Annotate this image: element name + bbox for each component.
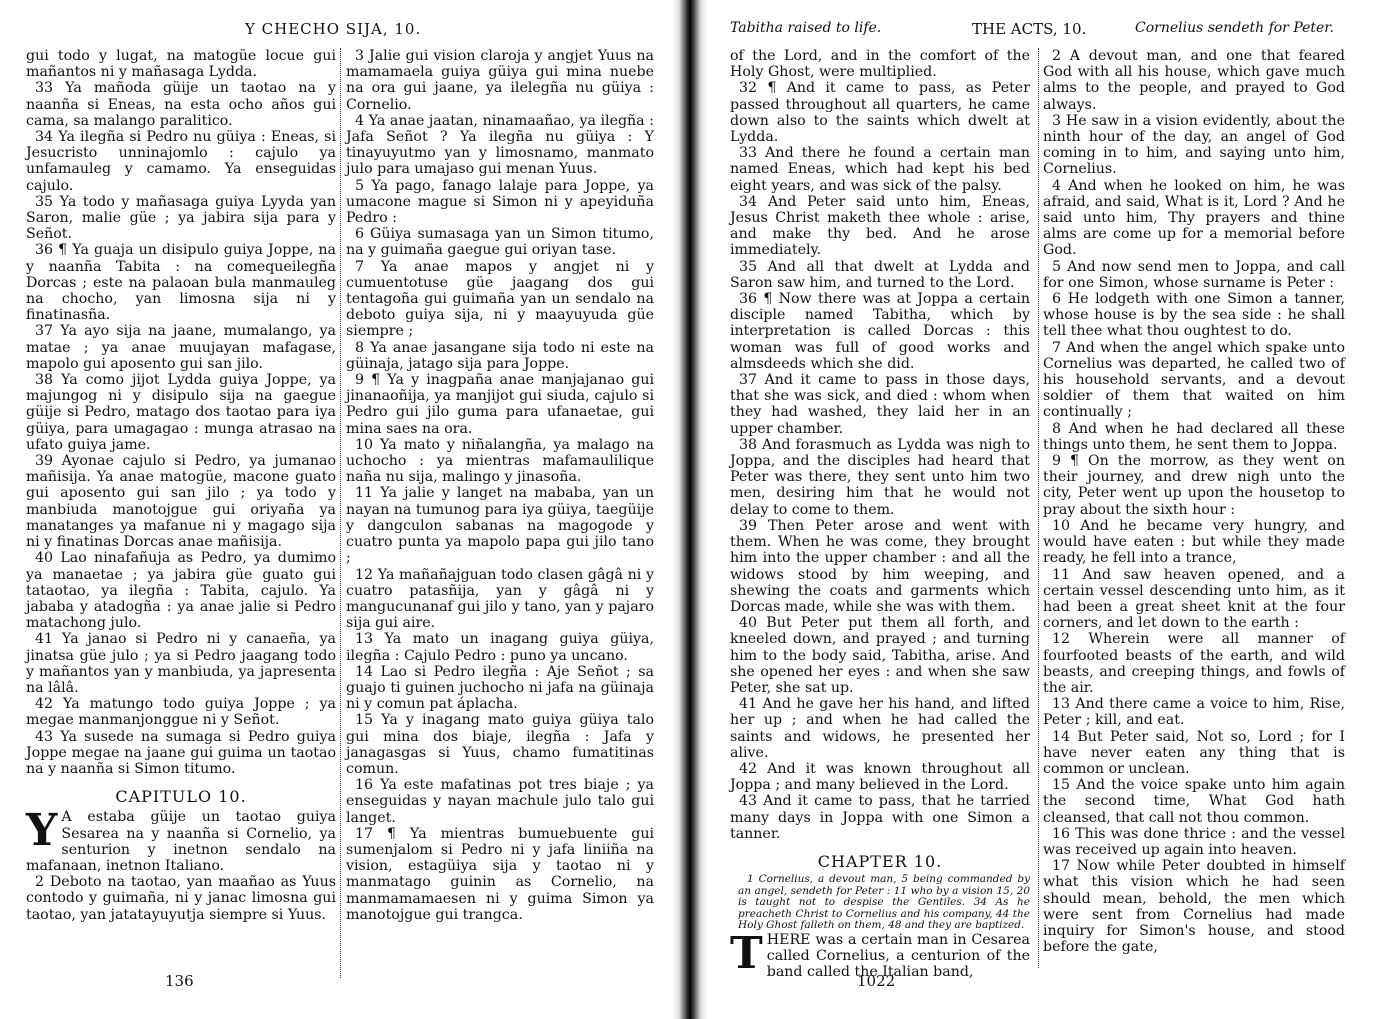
right-column-1: of the Lord, and in the comfort of the H… xyxy=(730,48,1030,980)
verse: 41 And he gave her his hand, and lifted … xyxy=(730,696,1030,761)
verse: 6 Güiya sumasaga yan un Simon titumo, na… xyxy=(346,226,654,258)
chapter-heading: CHAPTER 10. xyxy=(730,854,1030,870)
verse: 3 He saw in a vision evidently, about th… xyxy=(1043,113,1345,178)
verse: 14 Lao si Pedro ilegña : Aje Señot ; sa … xyxy=(346,664,654,713)
verse: 14 But Peter said, Not so, Lord ; for I … xyxy=(1043,729,1345,778)
page-number: 136 xyxy=(165,972,194,990)
verse: 34 Ya ilegña si Pedro nu güiya : Eneas, … xyxy=(26,129,336,194)
verse: 33 Ya mañoda güije un taotao na y naanña… xyxy=(26,80,336,129)
verse: 11 And saw heaven opened, and a certain … xyxy=(1043,567,1345,632)
verse: 10 And he became very hungry, and would … xyxy=(1043,518,1345,567)
verse: 42 Ya matungo todo guiya Joppe ; ya mega… xyxy=(26,696,336,728)
running-head: Y CHECHO SIJA, 10. xyxy=(245,20,421,38)
verse: 35 Ya todo y mañasaga guiya Lyyda yan Sa… xyxy=(26,194,336,243)
verse: 7 Ya anae mapos y angjet ni y cumuentotu… xyxy=(346,259,654,340)
drop-cap: T xyxy=(730,936,763,972)
verse: 16 This was done thrice : and the vessel… xyxy=(1043,826,1345,858)
book-gutter xyxy=(672,0,708,1019)
verse: 9 ¶ Ya y inagpaña anae manjajanao gui ji… xyxy=(346,372,654,437)
verse: 43 Ya susede na sumaga si Pedro guiya Jo… xyxy=(26,729,336,778)
verse: 40 But Peter put them all forth, and kne… xyxy=(730,615,1030,696)
left-column-2: 3 Jalie gui vision claroja y angjet Yuus… xyxy=(346,48,654,923)
page-number: 1022 xyxy=(857,972,895,990)
verse: 16 Ya este mafatinas pot tres biaje ; ya… xyxy=(346,777,654,826)
verse: gui todo y lugat, na matogüe locue gui m… xyxy=(26,48,336,80)
verse: 8 Ya anae jasangane sija todo ni este na… xyxy=(346,340,654,372)
verse: 12 Ya mañañajguan todo clasen gâgâ ni y … xyxy=(346,567,654,632)
verse: 11 Ya jalie y langet na mababa, yan un n… xyxy=(346,485,654,566)
verse: 17 ¶ Ya mientras bumuebuente gui sumenja… xyxy=(346,826,654,923)
running-head-right: Cornelius sendeth for Peter. xyxy=(1135,20,1334,36)
chapter-opening: YA estaba güije un taotao guiya Sesarea … xyxy=(26,809,336,874)
verse: 2 A devout man, and one that feared God … xyxy=(1043,48,1345,113)
left-column-1: gui todo y lugat, na matogüe locue gui m… xyxy=(26,48,336,923)
left-page: Y CHECHO SIJA, 10. gui todo y lugat, na … xyxy=(0,0,680,1019)
running-head-left: Tabitha raised to life. xyxy=(730,20,881,36)
verse: 34 And Peter said unto him, Eneas, Jesus… xyxy=(730,194,1030,259)
chapter-summary: 1 Cornelius, a devout man, 5 being comma… xyxy=(730,874,1030,932)
verse: 43 And it came to pass, that he tarried … xyxy=(730,793,1030,842)
verse: 5 Ya pago, fanago lalaje para Joppe, ya … xyxy=(346,178,654,227)
verse: 15 Ya y inagang mato guiya güiya talo gu… xyxy=(346,712,654,777)
verse: 12 Wherein were all manner of fourfooted… xyxy=(1043,631,1345,696)
chapter-heading: CAPITULO 10. xyxy=(26,789,336,805)
verse: 6 He lodgeth with one Simon a tanner, wh… xyxy=(1043,291,1345,340)
verse: 32 ¶ And it came to pass, as Peter passe… xyxy=(730,80,1030,145)
verse: 8 And when he had declared all these thi… xyxy=(1043,421,1345,453)
verse: 42 And it was known throughout all Joppa… xyxy=(730,761,1030,793)
verse: 41 Ya janao si Pedro ni y canaeña, ya ji… xyxy=(26,631,336,696)
verse: 17 Now while Peter doubted in himself wh… xyxy=(1043,858,1345,955)
column-rule xyxy=(1038,48,1039,968)
verse: 9 ¶ On the morrow, as they went on their… xyxy=(1043,453,1345,518)
verse: 4 And when he looked on him, he was afra… xyxy=(1043,178,1345,259)
verse: 40 Lao ninafañuja as Pedro, ya dumimo ya… xyxy=(26,550,336,631)
drop-cap: Y xyxy=(26,813,57,849)
verse: 39 Ayonae cajulo si Pedro, ya jumanao ma… xyxy=(26,453,336,550)
verse: of the Lord, and in the comfort of the H… xyxy=(730,48,1030,80)
verse: 5 And now send men to Joppa, and call fo… xyxy=(1043,259,1345,291)
verse: 7 And when the angel which spake unto Co… xyxy=(1043,340,1345,421)
verse: 13 And there came a voice to him, Rise, … xyxy=(1043,696,1345,728)
verse: 35 And all that dwelt at Lydda and Saron… xyxy=(730,259,1030,291)
verse: 36 ¶ Now there was at Joppa a certain di… xyxy=(730,291,1030,372)
verse: 15 And the voice spake unto him again th… xyxy=(1043,777,1345,826)
verse: 37 Ya ayo sija na jaane, mumalango, ya m… xyxy=(26,323,336,372)
verse: 3 Jalie gui vision claroja y angjet Yuus… xyxy=(346,48,654,113)
right-page: Tabitha raised to life. THE ACTS, 10. Co… xyxy=(720,0,1374,1019)
verse: 10 Ya mato y niñalangña, ya malago na uc… xyxy=(346,437,654,486)
verse: 36 ¶ Ya guaja un disipulo guiya Joppe, n… xyxy=(26,242,336,323)
verse: 2 Deboto na taotao, yan maañao as Yuus c… xyxy=(26,874,336,923)
verse: 39 Then Peter arose and went with them. … xyxy=(730,518,1030,615)
verse: 4 Ya anae jaatan, ninamaañao, ya ilegña … xyxy=(346,113,654,178)
right-column-2: 2 A devout man, and one that feared God … xyxy=(1043,48,1345,955)
verse: 38 Ya como jijot Lydda guiya Joppe, ya m… xyxy=(26,372,336,453)
verse: 37 And it came to pass in those days, th… xyxy=(730,372,1030,437)
column-rule xyxy=(340,48,341,978)
verse: 38 And forasmuch as Lydda was nigh to Jo… xyxy=(730,437,1030,518)
running-head-center: THE ACTS, 10. xyxy=(972,20,1086,38)
verse: 33 And there he found a certain man name… xyxy=(730,145,1030,194)
verse: 13 Ya mato un inagang guiya güiya, ilegñ… xyxy=(346,631,654,663)
